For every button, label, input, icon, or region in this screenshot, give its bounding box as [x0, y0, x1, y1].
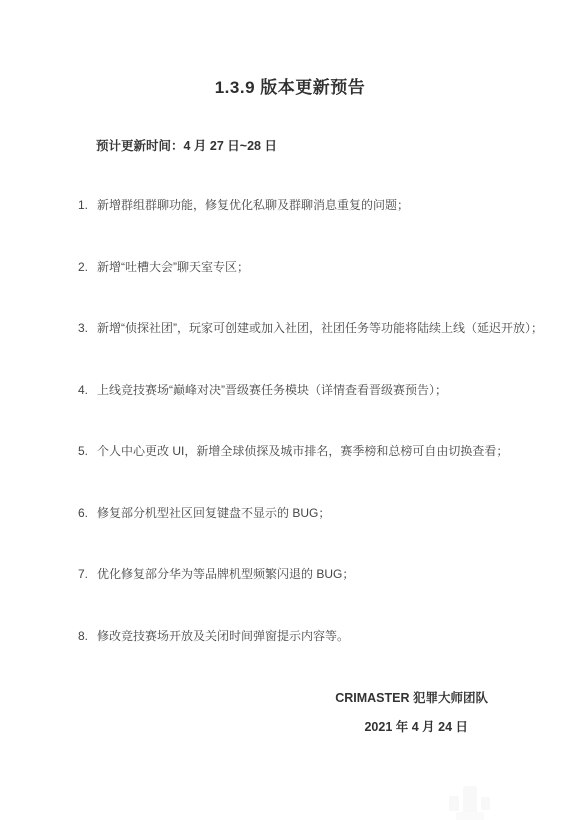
list-item: 7.优化修复部分华为等品牌机型频繁闪退的 BUG； — [78, 567, 578, 629]
item-text: 新增“侦探社团”，玩家可创建或加入社团，社团任务等功能将陆续上线（延迟开放）； — [97, 321, 543, 336]
list-item: 5.个人中心更改 UI，新增全球侦探及城市排名，赛季榜和总榜可自由切换查看； — [78, 444, 578, 506]
list-item: 3.新增“侦探社团”，玩家可创建或加入社团，社团任务等功能将陆续上线（延迟开放）… — [78, 321, 578, 383]
list-item: 2.新增“吐槽大会”聊天室专区； — [78, 260, 578, 322]
update-list: 1.新增群组群聊功能，修复优化私聊及群聊消息重复的问题；2.新增“吐槽大会”聊天… — [78, 198, 578, 690]
item-number: 2. — [78, 260, 97, 275]
item-text: 修改竞技赛场开放及关闭时间弹窗提示内容等。 — [97, 629, 349, 644]
list-item: 6.修复部分机型社区回复键盘不显示的 BUG； — [78, 506, 578, 568]
item-number: 3. — [78, 321, 97, 336]
schedule-text: 预计更新时间：4 月 27 日~28 日 — [96, 136, 277, 154]
item-number: 7. — [78, 567, 97, 582]
list-item: 1.新增群组群聊功能，修复优化私聊及群聊消息重复的问题； — [78, 198, 578, 260]
document-page: 1.3.9 版本更新预告 预计更新时间：4 月 27 日~28 日 1.新增群组… — [0, 0, 580, 820]
item-number: 4. — [78, 383, 97, 398]
signature-text: CRIMASTER 犯罪大师团队 — [335, 688, 488, 706]
date-text: 2021 年 4 月 24 日 — [364, 717, 468, 735]
item-text: 优化修复部分华为等品牌机型频繁闪退的 BUG； — [97, 567, 354, 582]
item-number: 6. — [78, 506, 97, 521]
item-number: 8. — [78, 629, 97, 644]
item-number: 5. — [78, 444, 97, 459]
item-text: 新增“吐槽大会”聊天室专区； — [97, 260, 249, 275]
item-text: 个人中心更改 UI，新增全球侦探及城市排名，赛季榜和总榜可自由切换查看； — [97, 444, 508, 459]
item-number: 1. — [78, 198, 97, 213]
item-text: 修复部分机型社区回复键盘不显示的 BUG； — [97, 506, 330, 521]
item-text: 新增群组群聊功能，修复优化私聊及群聊消息重复的问题； — [97, 198, 409, 213]
watermark-logo-icon — [444, 786, 496, 820]
list-item: 4.上线竞技赛场“巅峰对决”晋级赛任务模块（详情查看晋级赛预告）； — [78, 383, 578, 445]
page-title: 1.3.9 版本更新预告 — [0, 73, 580, 98]
list-item: 8.修改竞技赛场开放及关闭时间弹窗提示内容等。 — [78, 629, 578, 691]
item-text: 上线竞技赛场“巅峰对决”晋级赛任务模块（详情查看晋级赛预告）； — [97, 383, 447, 398]
